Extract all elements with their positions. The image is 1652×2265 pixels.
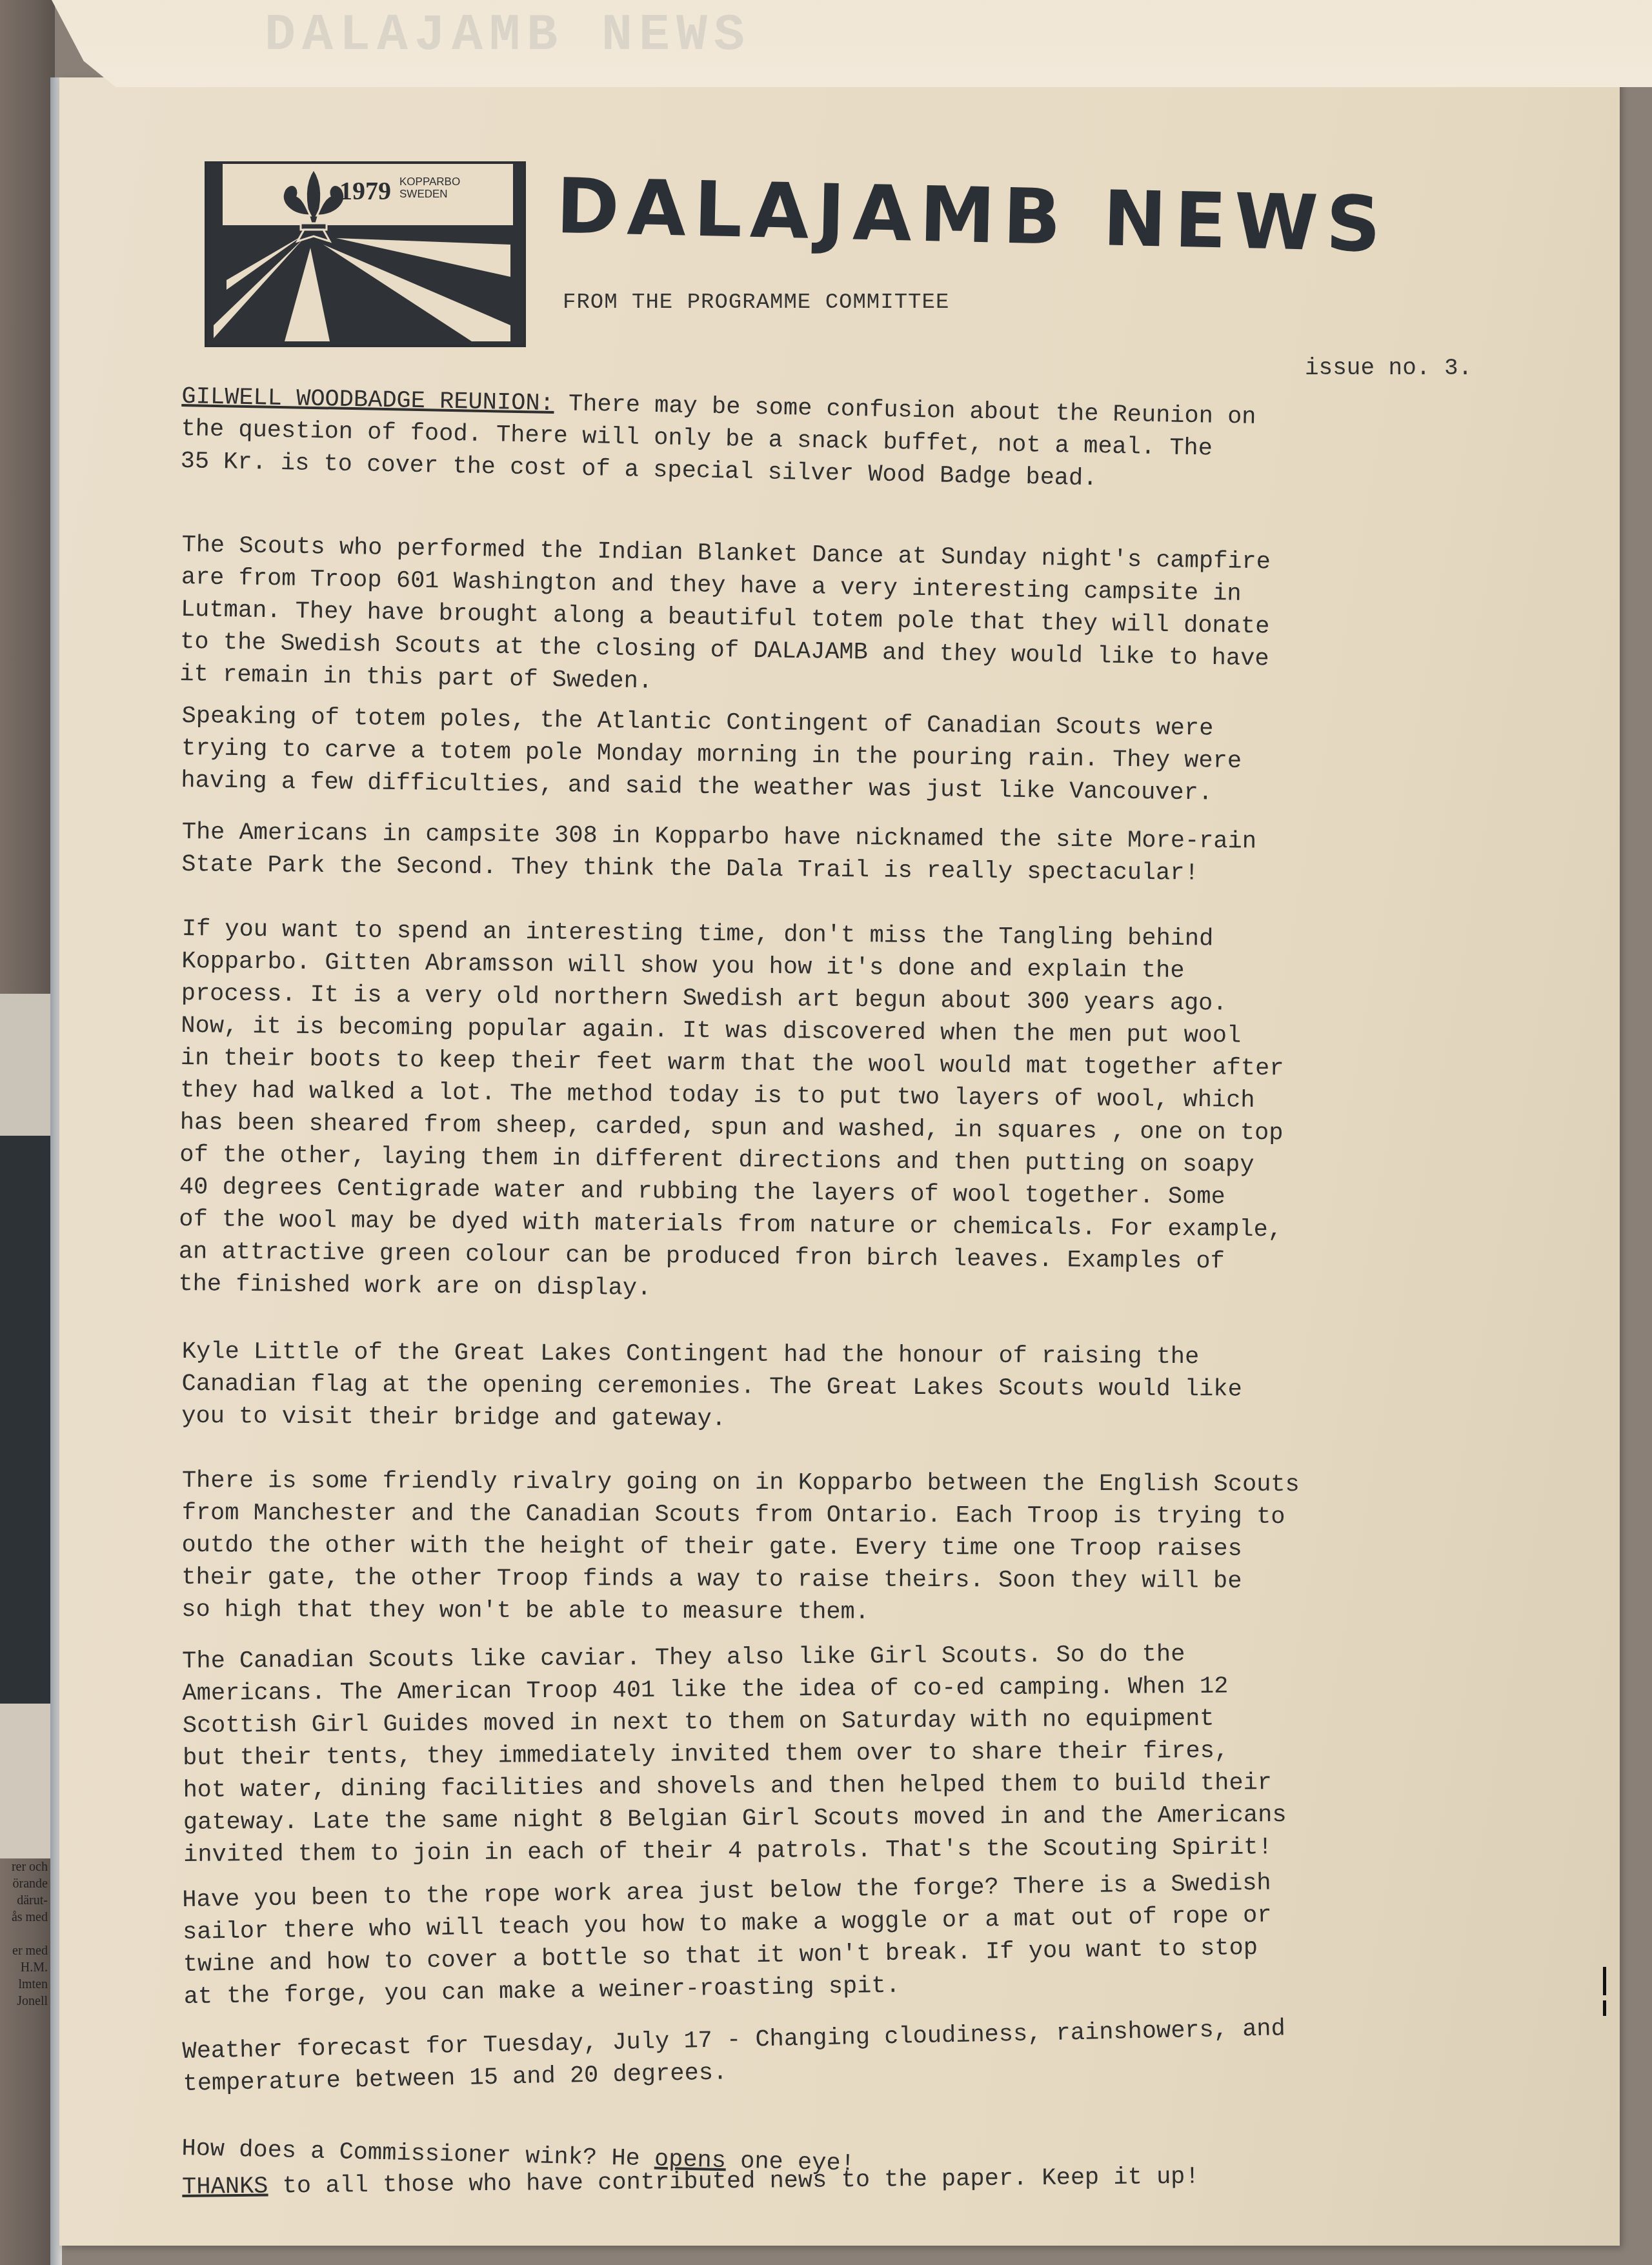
thanks-text: to all those who have contributed news t…: [268, 2163, 1200, 2200]
article-heading: GILWELL WOODBADGE REUNION:: [181, 383, 554, 418]
article-weather: Weather forecast for Tuesday, July 17 - …: [182, 2008, 1526, 2100]
article-rope-work: Have you been to the rope work area just…: [182, 1863, 1526, 2013]
issue-number: issue no. 3.: [1305, 355, 1472, 381]
article-rivalry: There is some friendly rivalry going on …: [181, 1465, 1524, 1631]
article-tangling: If you want to spend an interesting time…: [178, 913, 1524, 1313]
newsletter-title: DALAJAMB NEWS: [555, 161, 1389, 269]
newsletter-page: 1979 KOPPARBO SWEDEN DALAJAMB NEWS FROM …: [59, 77, 1620, 2246]
logo-place: KOPPARBO SWEDEN: [399, 176, 460, 200]
jamboree-logo: 1979 KOPPARBO SWEDEN: [205, 161, 526, 347]
article-campsite-308: The Americans in campsite 308 in Kopparb…: [181, 816, 1524, 892]
article-blanket-dance: The Scouts who performed the Indian Blan…: [179, 529, 1524, 712]
adjacent-page-photo: [0, 994, 50, 1858]
article-great-lakes: Kyle Little of the Great Lakes Contingen…: [181, 1336, 1524, 1440]
flap-show-through-text: DALAJAMB NEWS: [265, 6, 751, 65]
overlapping-page-flap: DALAJAMB NEWS: [52, 0, 1652, 87]
thanks-underlined: THANKS: [182, 2173, 268, 2201]
article-totem-poles: Speaking of totem poles, the Atlantic Co…: [181, 700, 1524, 813]
margin-mark: [1603, 1967, 1606, 2016]
article-reunion: GILWELL WOODBADGE REUNION: There may be …: [180, 381, 1524, 503]
newsletter-subtitle: FROM THE PROGRAMME COMMITTEE: [563, 290, 949, 315]
article-caviar: The Canadian Scouts like caviar. They al…: [182, 1636, 1526, 1871]
adjacent-page-strip: rer och örande därut- ås med er med H.M.…: [0, 0, 55, 2265]
logo-year: 1979: [339, 176, 391, 206]
adjacent-page-caption: rer och örande därut- ås med er med H.M.…: [3, 1858, 48, 2009]
